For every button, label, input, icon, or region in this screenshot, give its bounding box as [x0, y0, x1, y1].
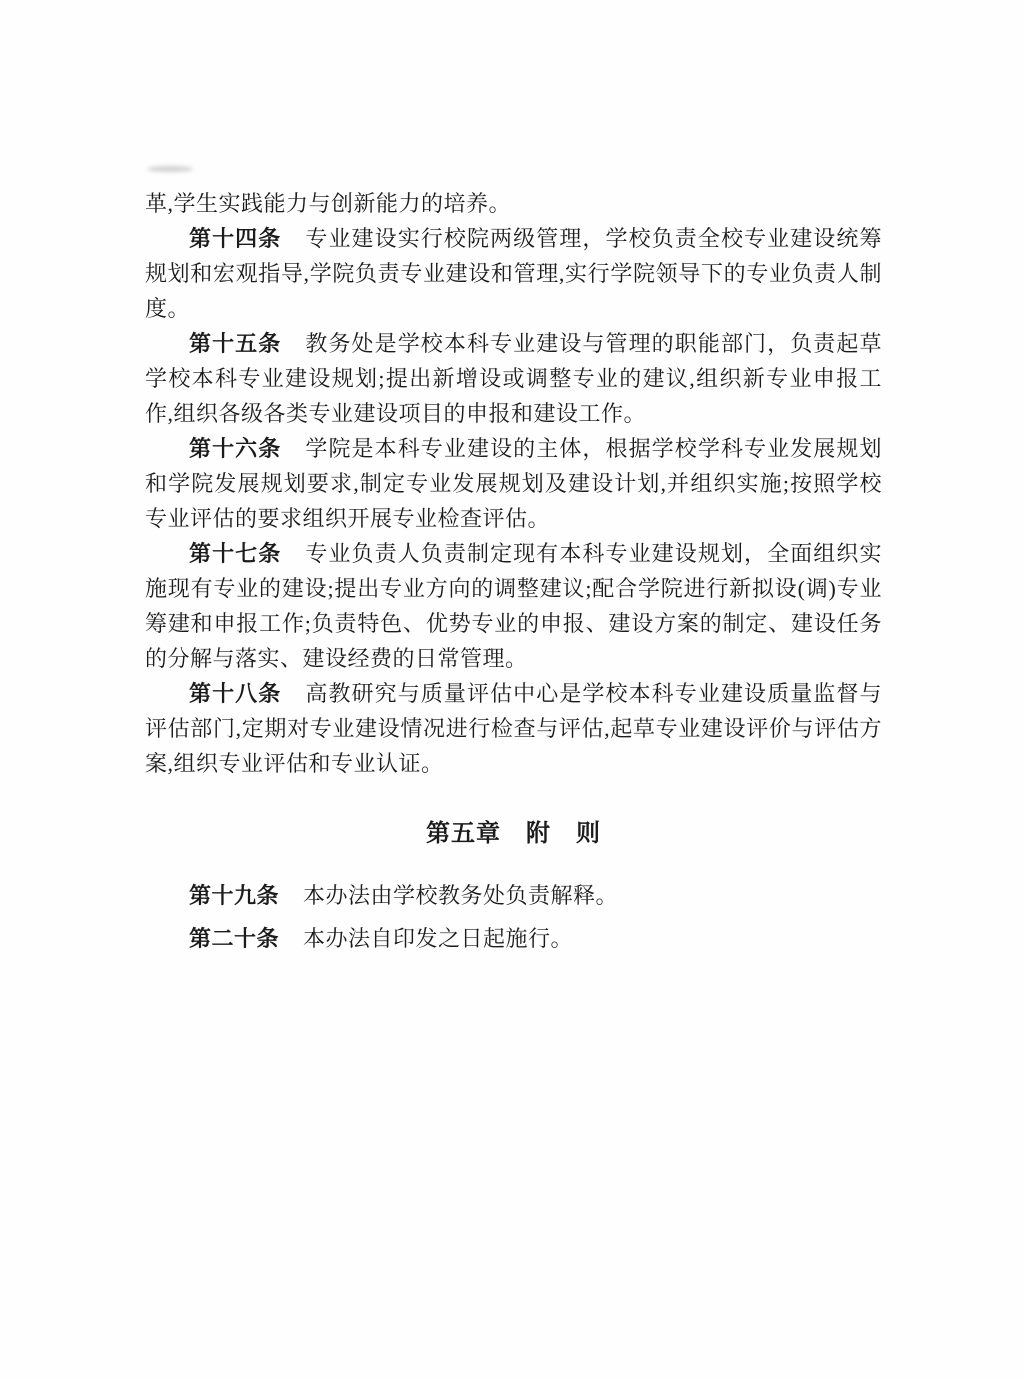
chapter-heading: 第五章 附 则 — [145, 817, 882, 852]
article-paragraph-19: 第十九条本办法由学校教务处负责解释。 — [145, 874, 882, 917]
article-number: 第十七条 — [189, 541, 305, 566]
article-paragraph-15: 第十五条教务处是学校本科专业建设与管理的职能部门，负责起草学校本科专业建设规划;… — [145, 326, 882, 431]
article-paragraph-17: 第十七条专业负责人负责制定现有本科专业建设规划，全面组织实施现有专业的建设;提出… — [145, 536, 882, 676]
document-page: 革,学生实践能力与创新能力的培养。 第十四条专业建设实行校院两级管理，学校负责全… — [0, 0, 1024, 1379]
paragraph-text: 革,学生实践能力与创新能力的培养。 — [145, 191, 511, 216]
article-paragraph-18: 第十八条高教研究与质量评估中心是学校本科专业建设质量监督与评估部门,定期对专业建… — [145, 676, 882, 781]
article-text: 本办法由学校教务处负责解释。 — [303, 883, 618, 908]
article-paragraph-16: 第十六条学院是本科专业建设的主体，根据学校学科专业发展规划和学院发展规划要求,制… — [145, 431, 882, 536]
article-number: 第十六条 — [189, 436, 305, 461]
article-text: 本办法自印发之日起施行。 — [303, 926, 573, 951]
scan-artifact-smudge — [147, 166, 193, 172]
article-number: 第十九条 — [189, 883, 303, 908]
article-number: 第十五条 — [189, 331, 305, 356]
article-number: 第十四条 — [189, 226, 305, 251]
continuation-paragraph: 革,学生实践能力与创新能力的培养。 — [145, 186, 882, 221]
document-body: 革,学生实践能力与创新能力的培养。 第十四条专业建设实行校院两级管理，学校负责全… — [145, 186, 882, 960]
article-number: 第二十条 — [189, 926, 303, 951]
article-paragraph-14: 第十四条专业建设实行校院两级管理，学校负责全校专业建设统筹规划和宏观指导,学院负… — [145, 221, 882, 326]
article-paragraph-20: 第二十条本办法自印发之日起施行。 — [145, 917, 882, 960]
article-number: 第十八条 — [189, 681, 305, 706]
